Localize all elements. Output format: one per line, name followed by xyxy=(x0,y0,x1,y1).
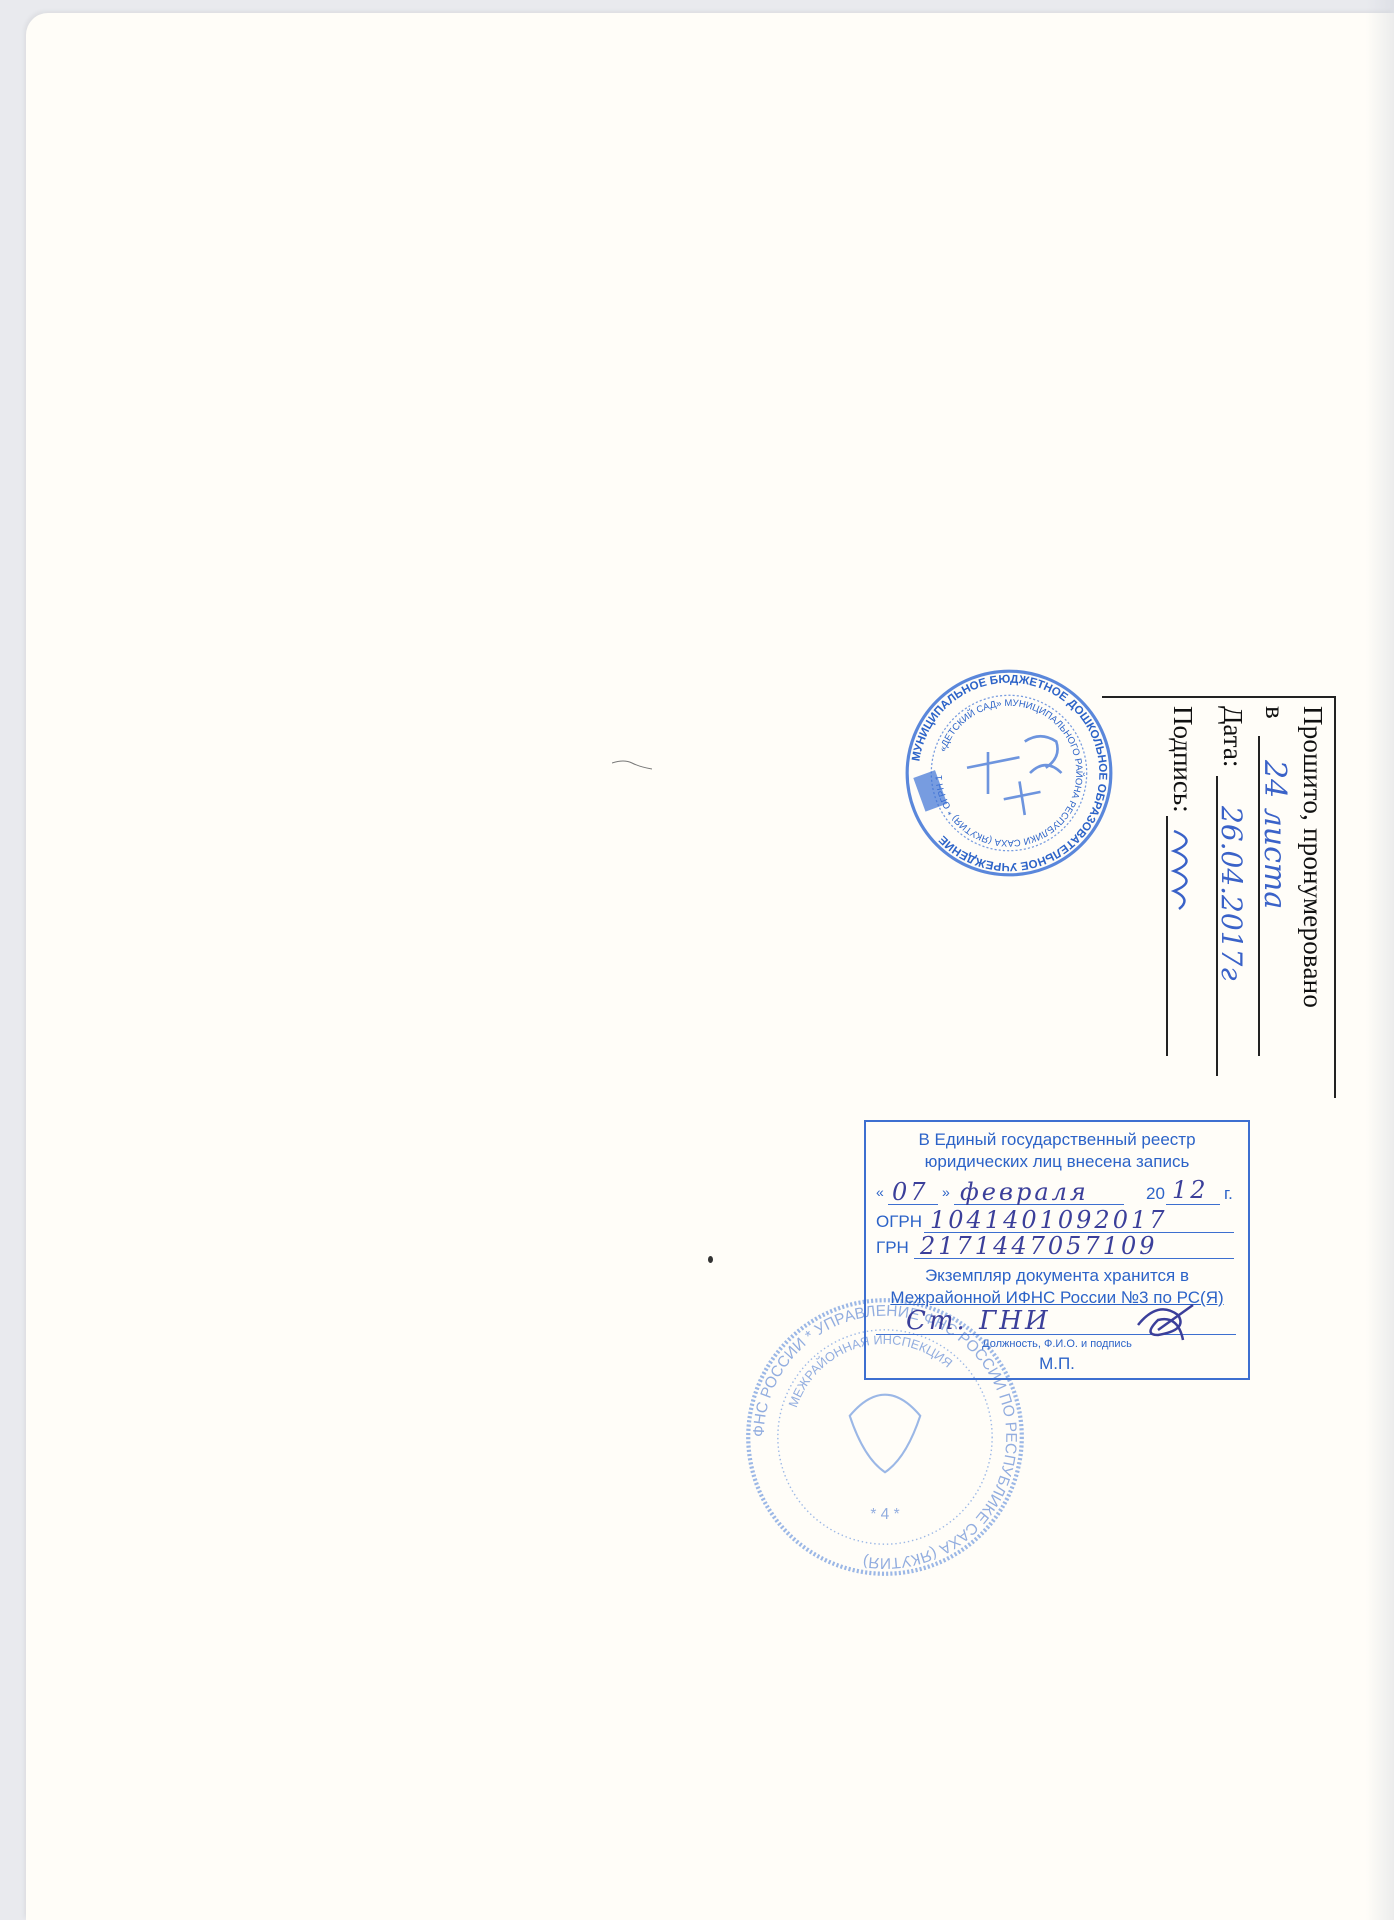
date-handwritten: 26.04.2017г xyxy=(1215,806,1248,980)
registry-line2: юридических лиц внесена запись xyxy=(866,1152,1248,1172)
pages-count-handwritten: 24 листа xyxy=(1257,760,1292,909)
binding-in-label: в xyxy=(1259,706,1290,719)
registry-day: 07 xyxy=(892,1178,929,1206)
position-caption: Должность, Ф.И.О. и подпись xyxy=(866,1338,1248,1350)
binding-note: Прошито, пронумеровано в 24 листа Дата: … xyxy=(1102,696,1334,1096)
registry-line1: В Единый государственный реестр xyxy=(866,1130,1248,1150)
mp-label: М.П. xyxy=(866,1354,1248,1374)
official-handwritten: Ст. ГНИ xyxy=(906,1306,1051,1336)
grn-label: ГРН xyxy=(876,1238,909,1257)
organization-seal: МУНИЦИПАЛЬНОЕ БЮДЖЕТНОЕ ДОШКОЛЬНОЕ ОБРАЗ… xyxy=(904,668,1114,878)
year-prefix: 20 xyxy=(1146,1184,1165,1204)
registry-year: 12 xyxy=(1172,1176,1209,1204)
page-edge-shadow xyxy=(1366,0,1394,1920)
year-g: г. xyxy=(1224,1184,1233,1204)
quote-open: « xyxy=(876,1184,884,1200)
pen-mark xyxy=(612,758,652,770)
ink-dot xyxy=(708,1256,713,1263)
binding-note-title: Прошито, пронумеровано xyxy=(1297,706,1328,1008)
binding-date-label: Дата: xyxy=(1217,706,1248,767)
year-underline xyxy=(1166,1204,1220,1205)
signature-scribble xyxy=(1164,826,1204,916)
copy-line1: Экземпляр документа хранится в xyxy=(866,1266,1248,1286)
registry-month: февраля xyxy=(960,1178,1089,1206)
grn-value: 2171447057109 xyxy=(920,1232,1158,1260)
binding-signature-label: Подпись: xyxy=(1167,706,1198,813)
svg-text:* 4 *: * 4 * xyxy=(870,1506,899,1523)
ogrn-value: 1041401092017 xyxy=(930,1206,1168,1234)
ogrn-label: ОГРН xyxy=(876,1212,922,1231)
registry-stamp: В Единый государственный реестр юридичес… xyxy=(864,1120,1250,1380)
quote-close: » xyxy=(942,1184,950,1200)
